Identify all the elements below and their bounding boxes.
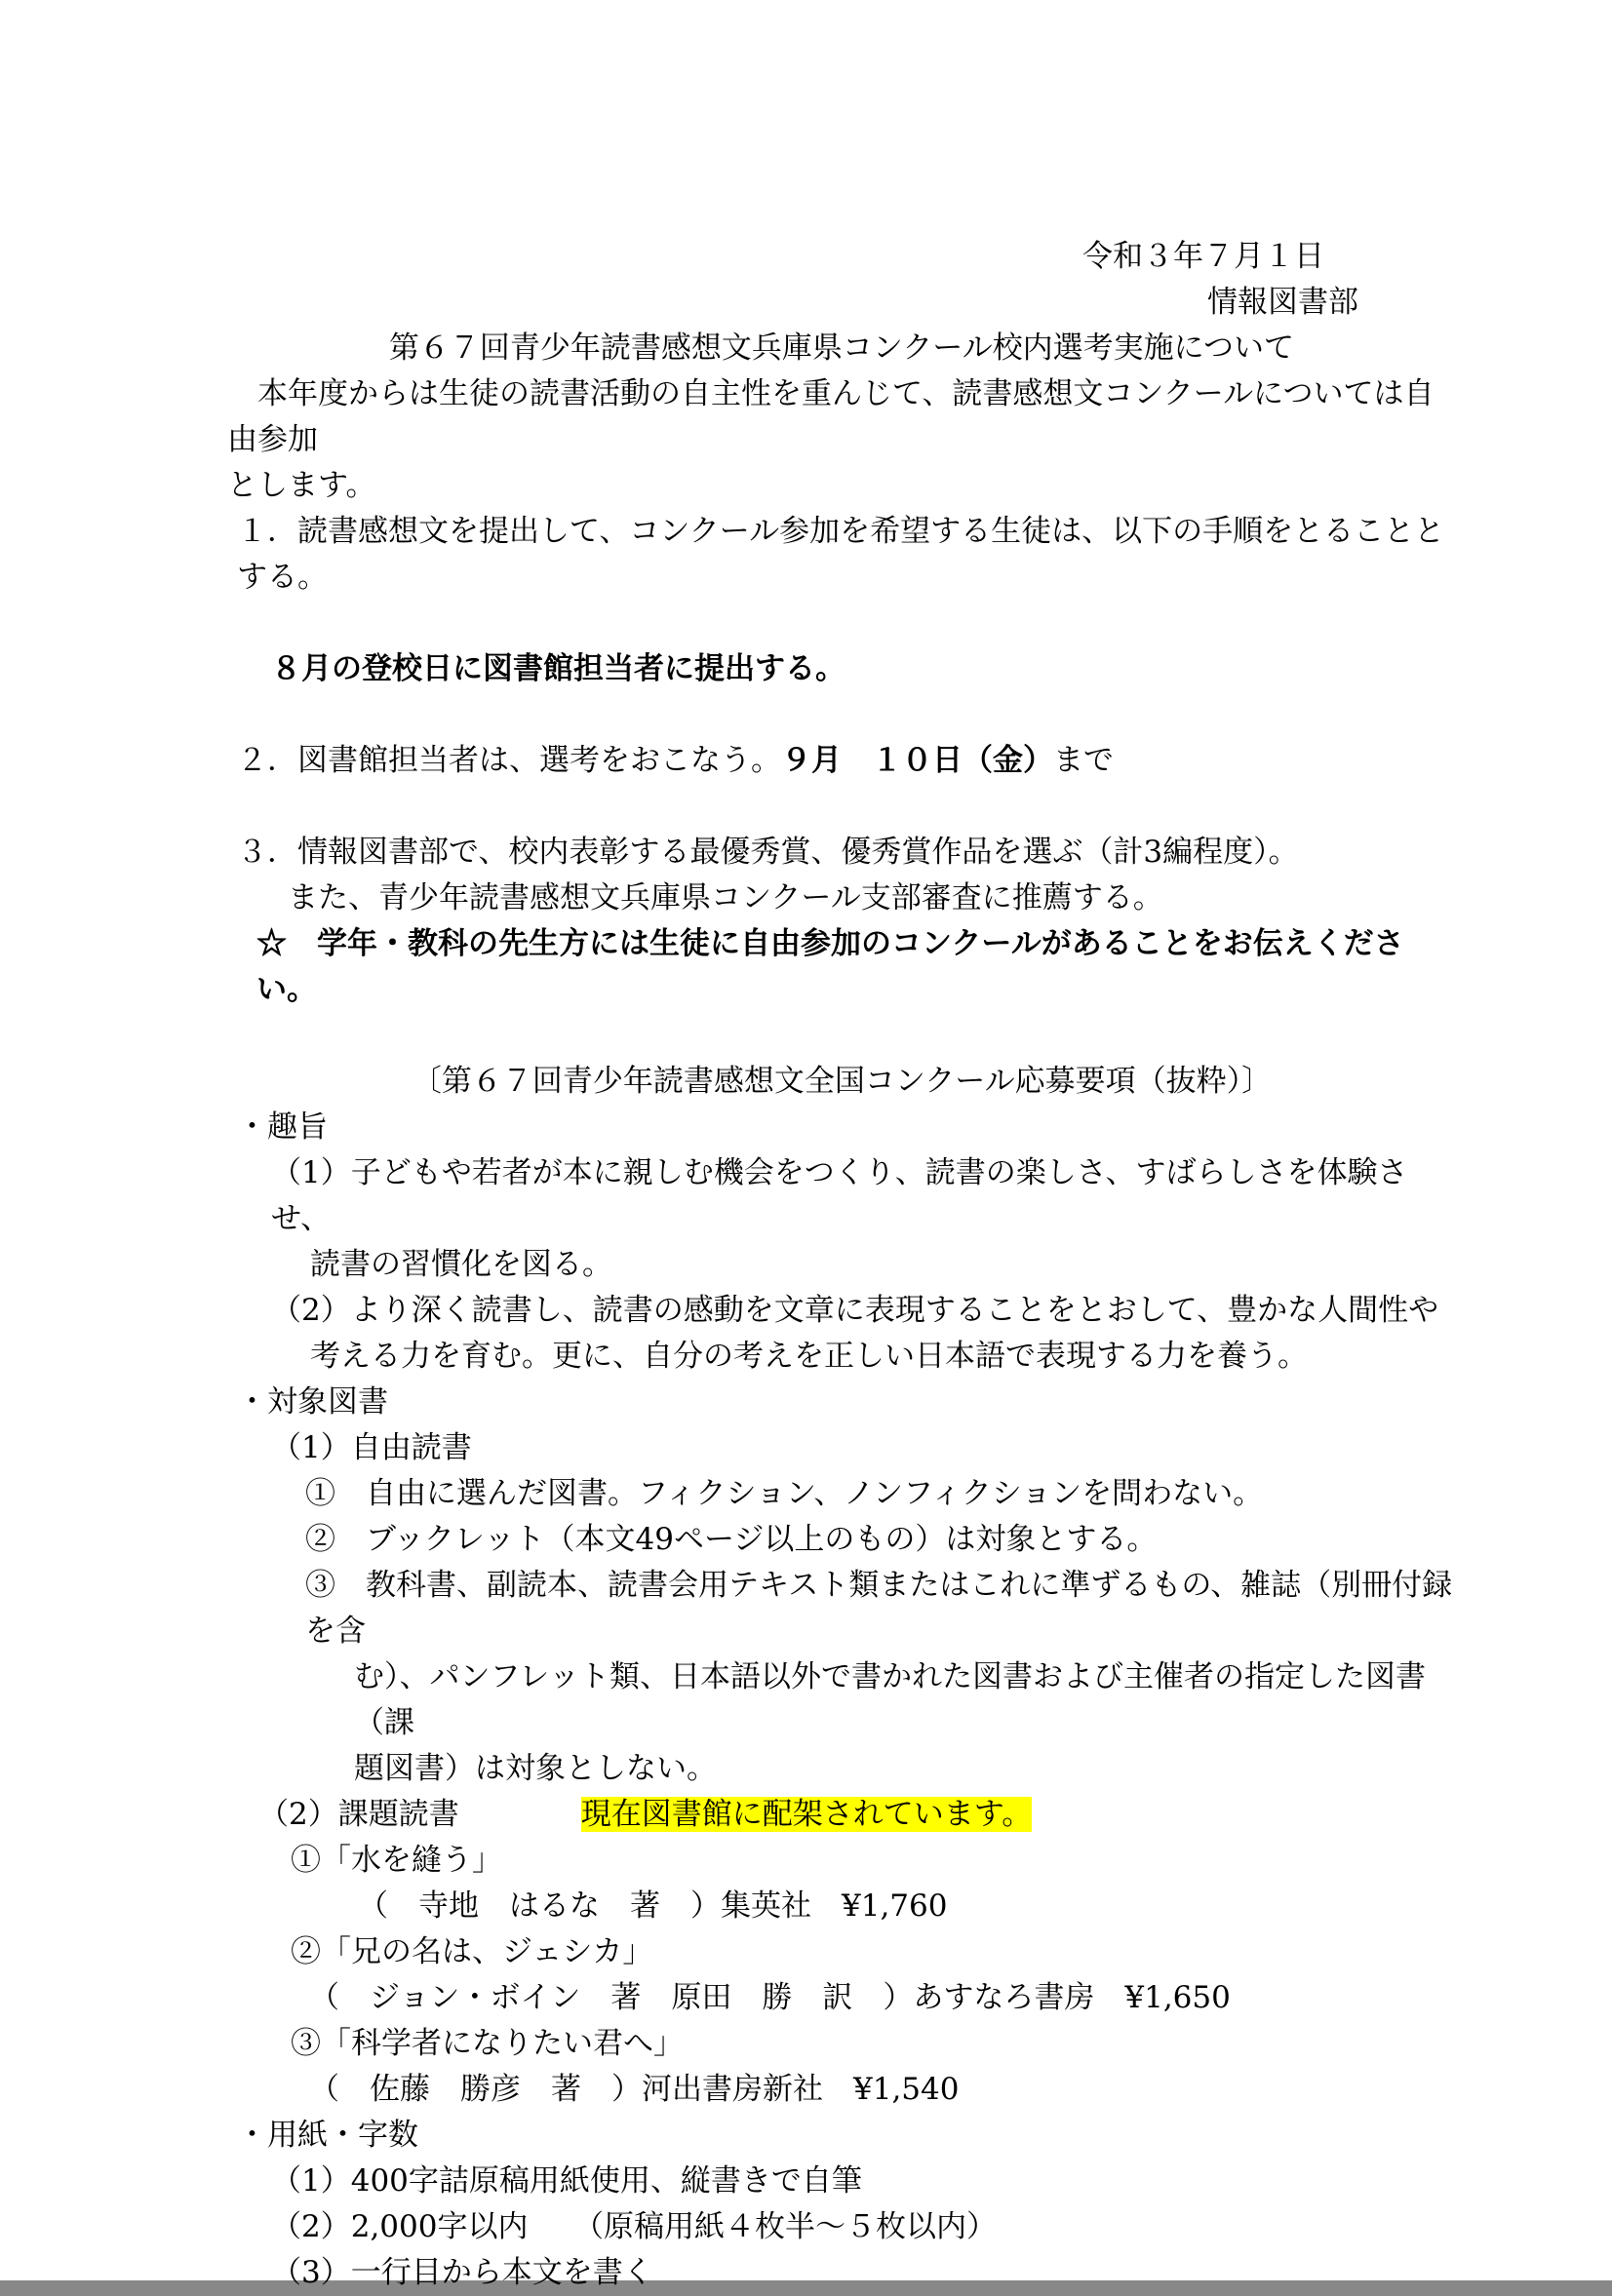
spacer	[227, 784, 1456, 830]
purpose-item-1-line-1: （1）子どもや若者が本に親しむ機会をつくり、読書の楽しさ、すばらしさを体験させ、	[227, 1150, 1456, 1242]
document-content: 令和３年７月１日 情報図書部 第６７回青少年読書感想文兵庫県コンクール校内選考実…	[227, 234, 1456, 2296]
purpose-label: ・趣旨	[227, 1105, 1456, 1150]
paper-rules-item-3: （3）一行目から本文を書く	[227, 2250, 1456, 2296]
free-reading-item-2: ② ブックレット（本文49ページ以上のもの）は対象とする。	[227, 1517, 1456, 1563]
book-1-detail: （ 寺地 はるな 著 ）集英社 ¥1,760	[227, 1884, 1456, 1929]
deadline-bold: ９月 １０日（金）	[781, 743, 1053, 778]
paper-rules-label: ・用紙・字数	[227, 2113, 1456, 2159]
procedure-item-3-note: また、青少年読書感想文兵庫県コンクール支部審査に推薦する。	[227, 876, 1456, 921]
book-3-title: ③「科学者になりたい君へ」	[227, 2021, 1456, 2067]
paper-rules-item-1: （1）400字詰原稿用紙使用、縦書きで自筆	[227, 2159, 1456, 2204]
free-reading-item-1: ① 自由に選んだ図書。フィクション、ノンフィクションを問わない。	[227, 1471, 1456, 1517]
paper-rules-item-2: （2）2,000字以内 （原稿用紙４枚半～５枚以内）	[227, 2204, 1456, 2250]
procedure-item-3: ３．情報図書部で、校内表彰する最優秀賞、優秀賞作品を選ぶ（計3編程度）。	[227, 830, 1456, 876]
free-reading-item-3-line-1: ③ 教科書、副読本、読書会用テキスト類またはこれに準ずるもの、雑誌（別冊付録を含	[227, 1563, 1456, 1654]
intro-line-1: 本年度からは生徒の読書活動の自主性を重んじて、読書感想文コンクールについては自由…	[227, 371, 1456, 463]
book-1-title: ①「水を縫う」	[227, 1838, 1456, 1884]
assigned-reading-label: （2）課題読書	[258, 1797, 459, 1832]
book-3-detail: （ 佐藤 勝彦 著 ）河出書房新社 ¥1,540	[227, 2067, 1456, 2113]
document-page: 令和３年７月１日 情報図書部 第６７回青少年読書感想文兵庫県コンクール校内選考実…	[0, 0, 1612, 2280]
star-note-bold: ☆ 学年・教科の先生方には生徒に自由参加のコンクールがあることをお伝えください。	[227, 921, 1456, 1013]
book-2-title: ②「兄の名は、ジェシカ」	[227, 1929, 1456, 1975]
book-2-detail: （ ジョン・ボイン 著 原田 勝 訳 ）あすなろ書房 ¥1,650	[227, 1975, 1456, 2021]
purpose-item-1-line-2: 読書の習慣化を図る。	[227, 1242, 1456, 1288]
free-reading-item-3-line-2: む）、パンフレット類、日本語以外で書かれた図書および主催者の指定した図書（課	[227, 1654, 1456, 1746]
spacer	[227, 601, 1456, 646]
procedure-item-2-text: ２．図書館担当者は、選考をおこなう。	[237, 743, 781, 778]
submission-instruction-bold: ８月の登校日に図書館担当者に提出する。	[227, 646, 1456, 692]
purpose-item-2-line-2: 考える力を育む。更に、自分の考えを正しい日本語で表現する力を養う。	[227, 1334, 1456, 1380]
department: 情報図書部	[227, 280, 1358, 326]
procedure-item-2: ２．図書館担当者は、選考をおこなう。９月 １０日（金）まで	[227, 738, 1456, 784]
document-title: 第６７回青少年読書感想文兵庫県コンクール校内選考実施について	[227, 326, 1456, 371]
procedure-item-1: １．読書感想文を提出して、コンクール参加を希望する生徒は、以下の手順をとることと…	[227, 509, 1456, 601]
library-availability-highlight: 現在図書館に配架されています。	[581, 1797, 1033, 1832]
free-reading-label: （1）自由読書	[227, 1425, 1456, 1471]
purpose-item-2-line-1: （2）より深く読書し、読書の感動を文章に表現することをとおして、豊かな人間性や	[227, 1288, 1456, 1334]
deadline-suffix: まで	[1053, 743, 1114, 778]
free-reading-item-3-line-3: 題図書）は対象としない。	[227, 1746, 1456, 1792]
spacer	[227, 692, 1456, 738]
intro-line-2: とします。	[227, 463, 1456, 509]
date: 令和３年７月１日	[227, 234, 1324, 280]
spacer	[227, 1013, 1456, 1059]
guidelines-heading: 〔第６７回青少年読書感想文全国コンクール応募要項（抜粋）〕	[227, 1059, 1456, 1105]
assigned-reading-row: （2）課題読書現在図書館に配架されています。	[227, 1792, 1456, 1838]
target-books-label: ・対象図書	[227, 1380, 1456, 1425]
